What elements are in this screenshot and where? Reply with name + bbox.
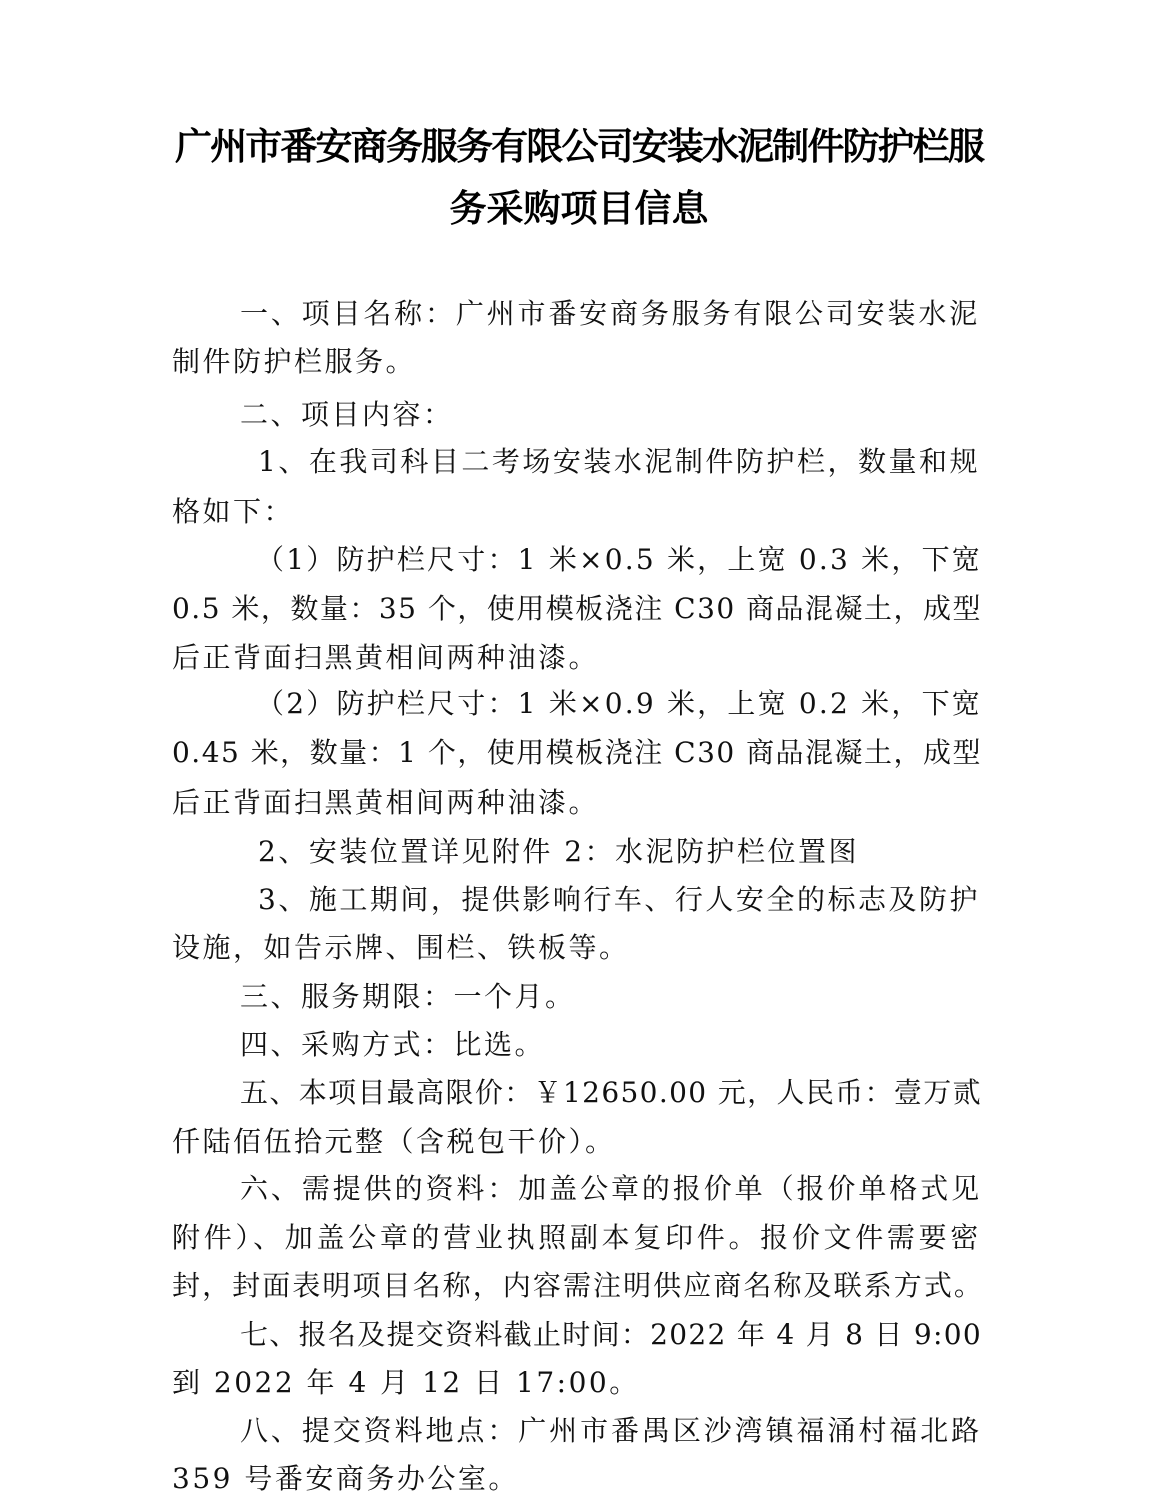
paragraph-line: （2）防护栏尺寸：1 米×0.9 米，上宽 0.2 米，下宽 [256, 682, 982, 722]
paragraph-line: 到 2022 年 4 月 12 日 17:00。 [172, 1361, 640, 1401]
paragraph-line: 2、安装位置详见附件 2：水泥防护栏位置图 [258, 830, 859, 870]
paragraph-line: 五、本项目最高限价：￥12650.00 元，人民币：壹万贰 [240, 1071, 982, 1111]
paragraph-line: 六、需提供的资料：加盖公章的报价单（报价单格式见 [240, 1167, 982, 1207]
paragraph-line: 一、项目名称：广州市番安商务服务有限公司安装水泥 [240, 292, 980, 332]
paragraph-line: 后正背面扫黑黄相间两种油漆。 [172, 636, 599, 676]
paragraph-line: （1）防护栏尺寸：1 米×0.5 米，上宽 0.3 米，下宽 [256, 538, 982, 578]
document-title-line-2: 务采购项目信息 [0, 178, 1158, 232]
paragraph-line: 359 号番安商务办公室。 [172, 1457, 519, 1497]
paragraph-line: 仟陆佰伍拾元整（含税包干价）。 [172, 1120, 616, 1160]
paragraph-line: 0.45 米，数量：1 个，使用模板浇注 C30 商品混凝土，成型 [172, 731, 982, 771]
paragraph-line: 四、采购方式：比选。 [240, 1023, 545, 1063]
paragraph-line: 附件）、加盖公章的营业执照副本复印件。报价文件需要密 [172, 1216, 982, 1256]
paragraph-line: 制件防护栏服务。 [172, 340, 416, 380]
paragraph-line: 三、服务期限：一个月。 [240, 975, 576, 1015]
paragraph-line: 格如下： [172, 490, 294, 530]
paragraph-line: 二、项目内容： [240, 393, 454, 433]
paragraph-line: 设施，如告示牌、围栏、铁板等。 [172, 926, 630, 966]
paragraph-line: 1、在我司科目二考场安装水泥制件防护栏，数量和规 [258, 440, 980, 480]
paragraph-line: 封，封面表明项目名称，内容需注明供应商名称及联系方式。 [172, 1264, 984, 1304]
document-title-line-1: 广州市番安商务服务有限公司安装水泥制件防护栏服 [0, 116, 1158, 170]
paragraph-line: 0.5 米，数量：35 个，使用模板浇注 C30 商品混凝土，成型 [172, 587, 982, 627]
paragraph-line: 八、提交资料地点：广州市番禺区沙湾镇福涌村福北路 [240, 1409, 982, 1449]
paragraph-line: 3、施工期间，提供影响行车、行人安全的标志及防护 [258, 878, 980, 918]
paragraph-line: 七、报名及提交资料截止时间：2022 年 4 月 8 日 9:00 [240, 1313, 982, 1353]
paragraph-line: 后正背面扫黑黄相间两种油漆。 [172, 781, 599, 821]
